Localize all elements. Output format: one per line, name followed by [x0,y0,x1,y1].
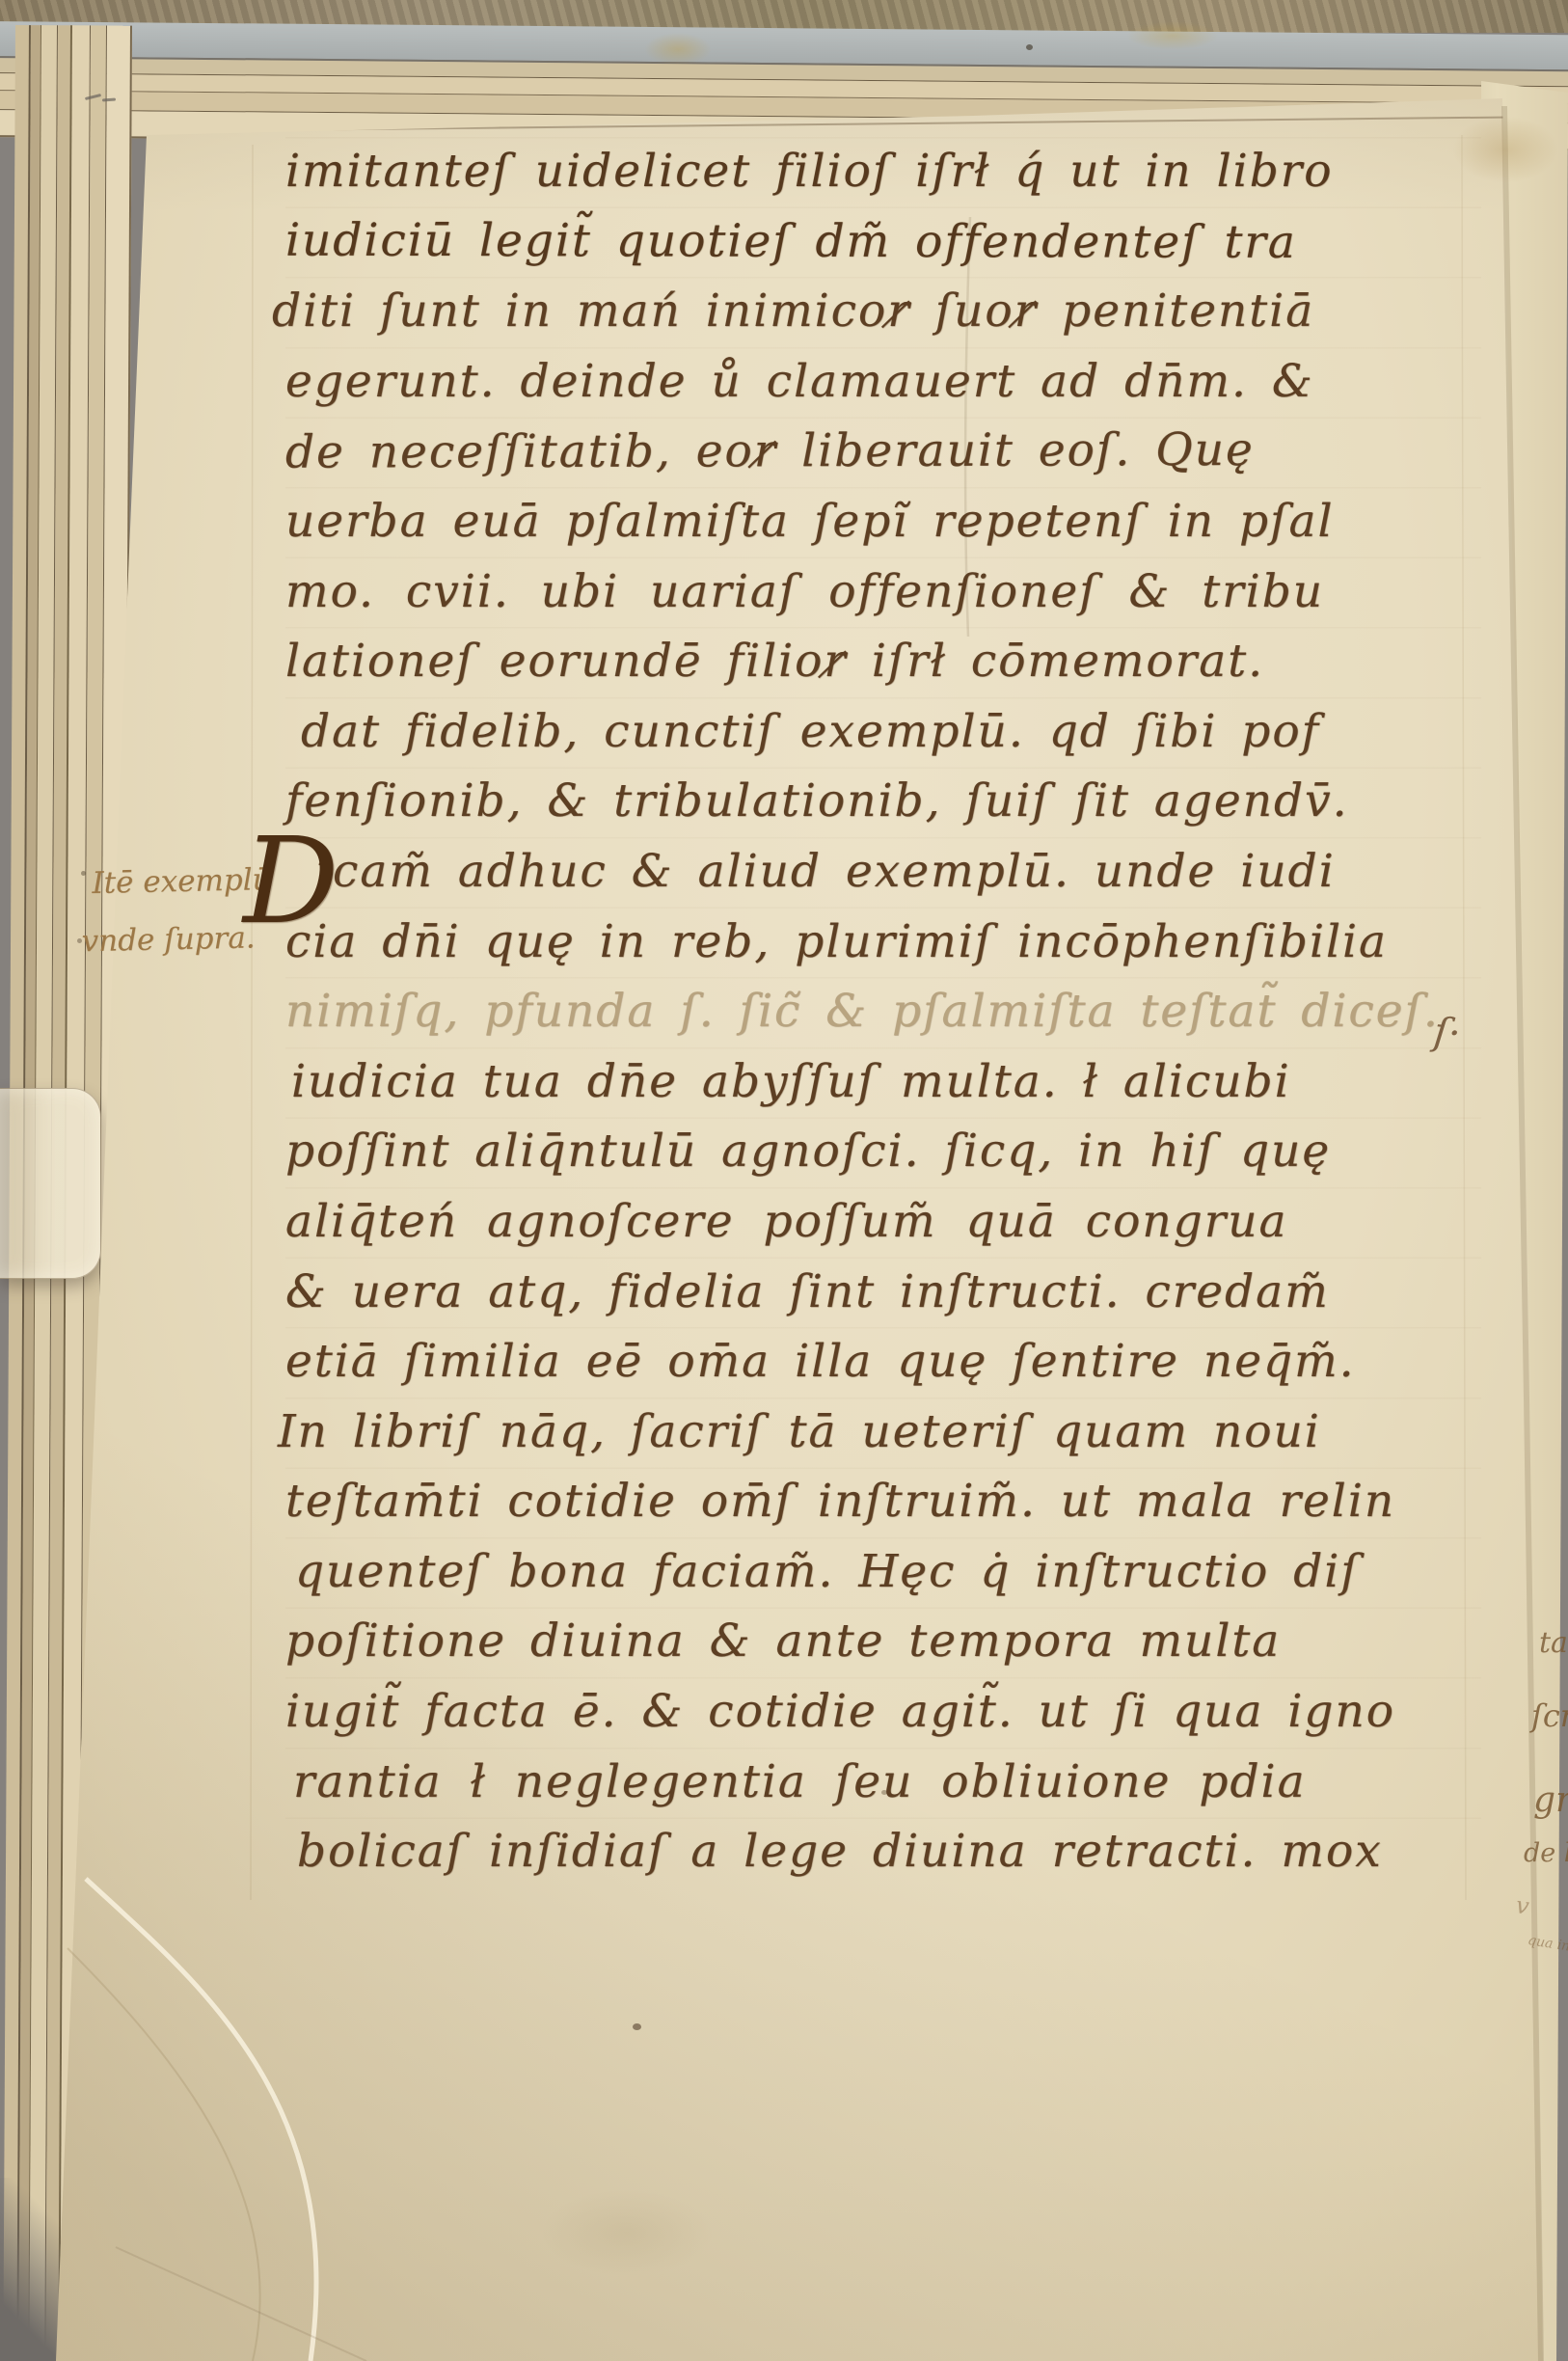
main-text-column: imitanteſ uidelicet filioſ iſrł q́ ut in… [285,137,1481,1887]
text-line: diti ſunt in mań inimicor̷ ſuor̷ peniten… [272,277,1481,347]
text-line: teſtam̄ti cotidie om̄ſ inſtruim̃. ut mal… [285,1467,1481,1537]
text-line: imitanteſ uidelicet filioſ iſrł q́ ut in… [285,137,1481,207]
text-line: bolicaſ inſidiaſ a lege diuina retracti.… [297,1817,1481,1887]
text-line: etiā ſimilia eē om̄a illa quę ſentire ne… [285,1327,1481,1398]
text-line: aliq̄teń agnoſcere poſſum̃ quā congrua [285,1187,1481,1258]
vellum-page-tab [0,1088,101,1279]
text-line: iugit̃ facta ē. & cotidie agit̃. ut ſi q… [285,1677,1481,1748]
text-line: fenſionib, & tribulationib, ſuiſ ſit age… [285,767,1481,837]
ink-speck [1026,44,1033,50]
text-line: nimiſq, pfunda ſ. ſic̃ & pſalmiſta teſta… [285,977,1481,1047]
text-line: uerba euā pſalmiſta ſepĩ repetenſ in pſa… [285,487,1481,557]
text-line: In libriſ nāq, ſacriſ tā ueteriſ quam no… [278,1398,1481,1468]
text-line: cia dn̄i quę in reb, plurimiſ incōphenſi… [285,908,1481,978]
facing-page-text-fragment: gri [1533,1780,1568,1820]
facing-page-text-fragment: ſcr [1531,1697,1568,1734]
text-line: poſſint aliq̄ntulū agnoſci. ſicq, in hiſ… [285,1117,1481,1187]
line-end-flourish: ſ· [1432,1010,1463,1057]
facing-page-text-fragment: de l [1524,1838,1568,1868]
facing-page-text-fragment: ta [1539,1626,1568,1660]
text-line: iudiciū legit̃ quotieſ dm̃ offendenteſ t… [285,205,1481,278]
text-line: quenteſ bona faciam̃. Hęc q̇ inſtructio … [295,1537,1481,1608]
text-line: egerunt. deinde ů clamauert ad dn̄m. & [285,347,1481,418]
text-line: de neceſſitatib, eor̷ liberauit eoſ. Quę [285,416,1481,489]
text-line: iudicia tua dn̄e abyſſuſ multa. ł alicub… [291,1047,1481,1118]
text-line: & uera atq, fidelia ſint inſtructi. cred… [285,1258,1481,1328]
text-line: Dicam̃ adhuc & aliud exemplū. unde iudi [245,837,1481,908]
ink-speck [633,2023,641,2030]
pricking-mark [81,871,86,876]
text-line-body: icam̃ adhuc & aliud exemplū. unde iudi [316,845,1336,898]
text-line: lationeſ eorundē filior̷ iſrł cōmemorat. [285,627,1481,697]
text-line: rantia ł neglegentia ſeu obliuione pdia [293,1748,1481,1818]
text-line: dat fidelib, cunctiſ exemplū. qd ſibi po… [301,697,1481,768]
text-line: mo. cvii. ubi uariaſ offenſioneſ & tribu [285,557,1481,628]
text-line: poſitione diuina & ante tempora multa [285,1607,1481,1677]
manuscript-photo: Itē exemplū vnde ſupra. imitanteſ uideli… [0,0,1568,2361]
initial-capital: D [243,822,340,941]
